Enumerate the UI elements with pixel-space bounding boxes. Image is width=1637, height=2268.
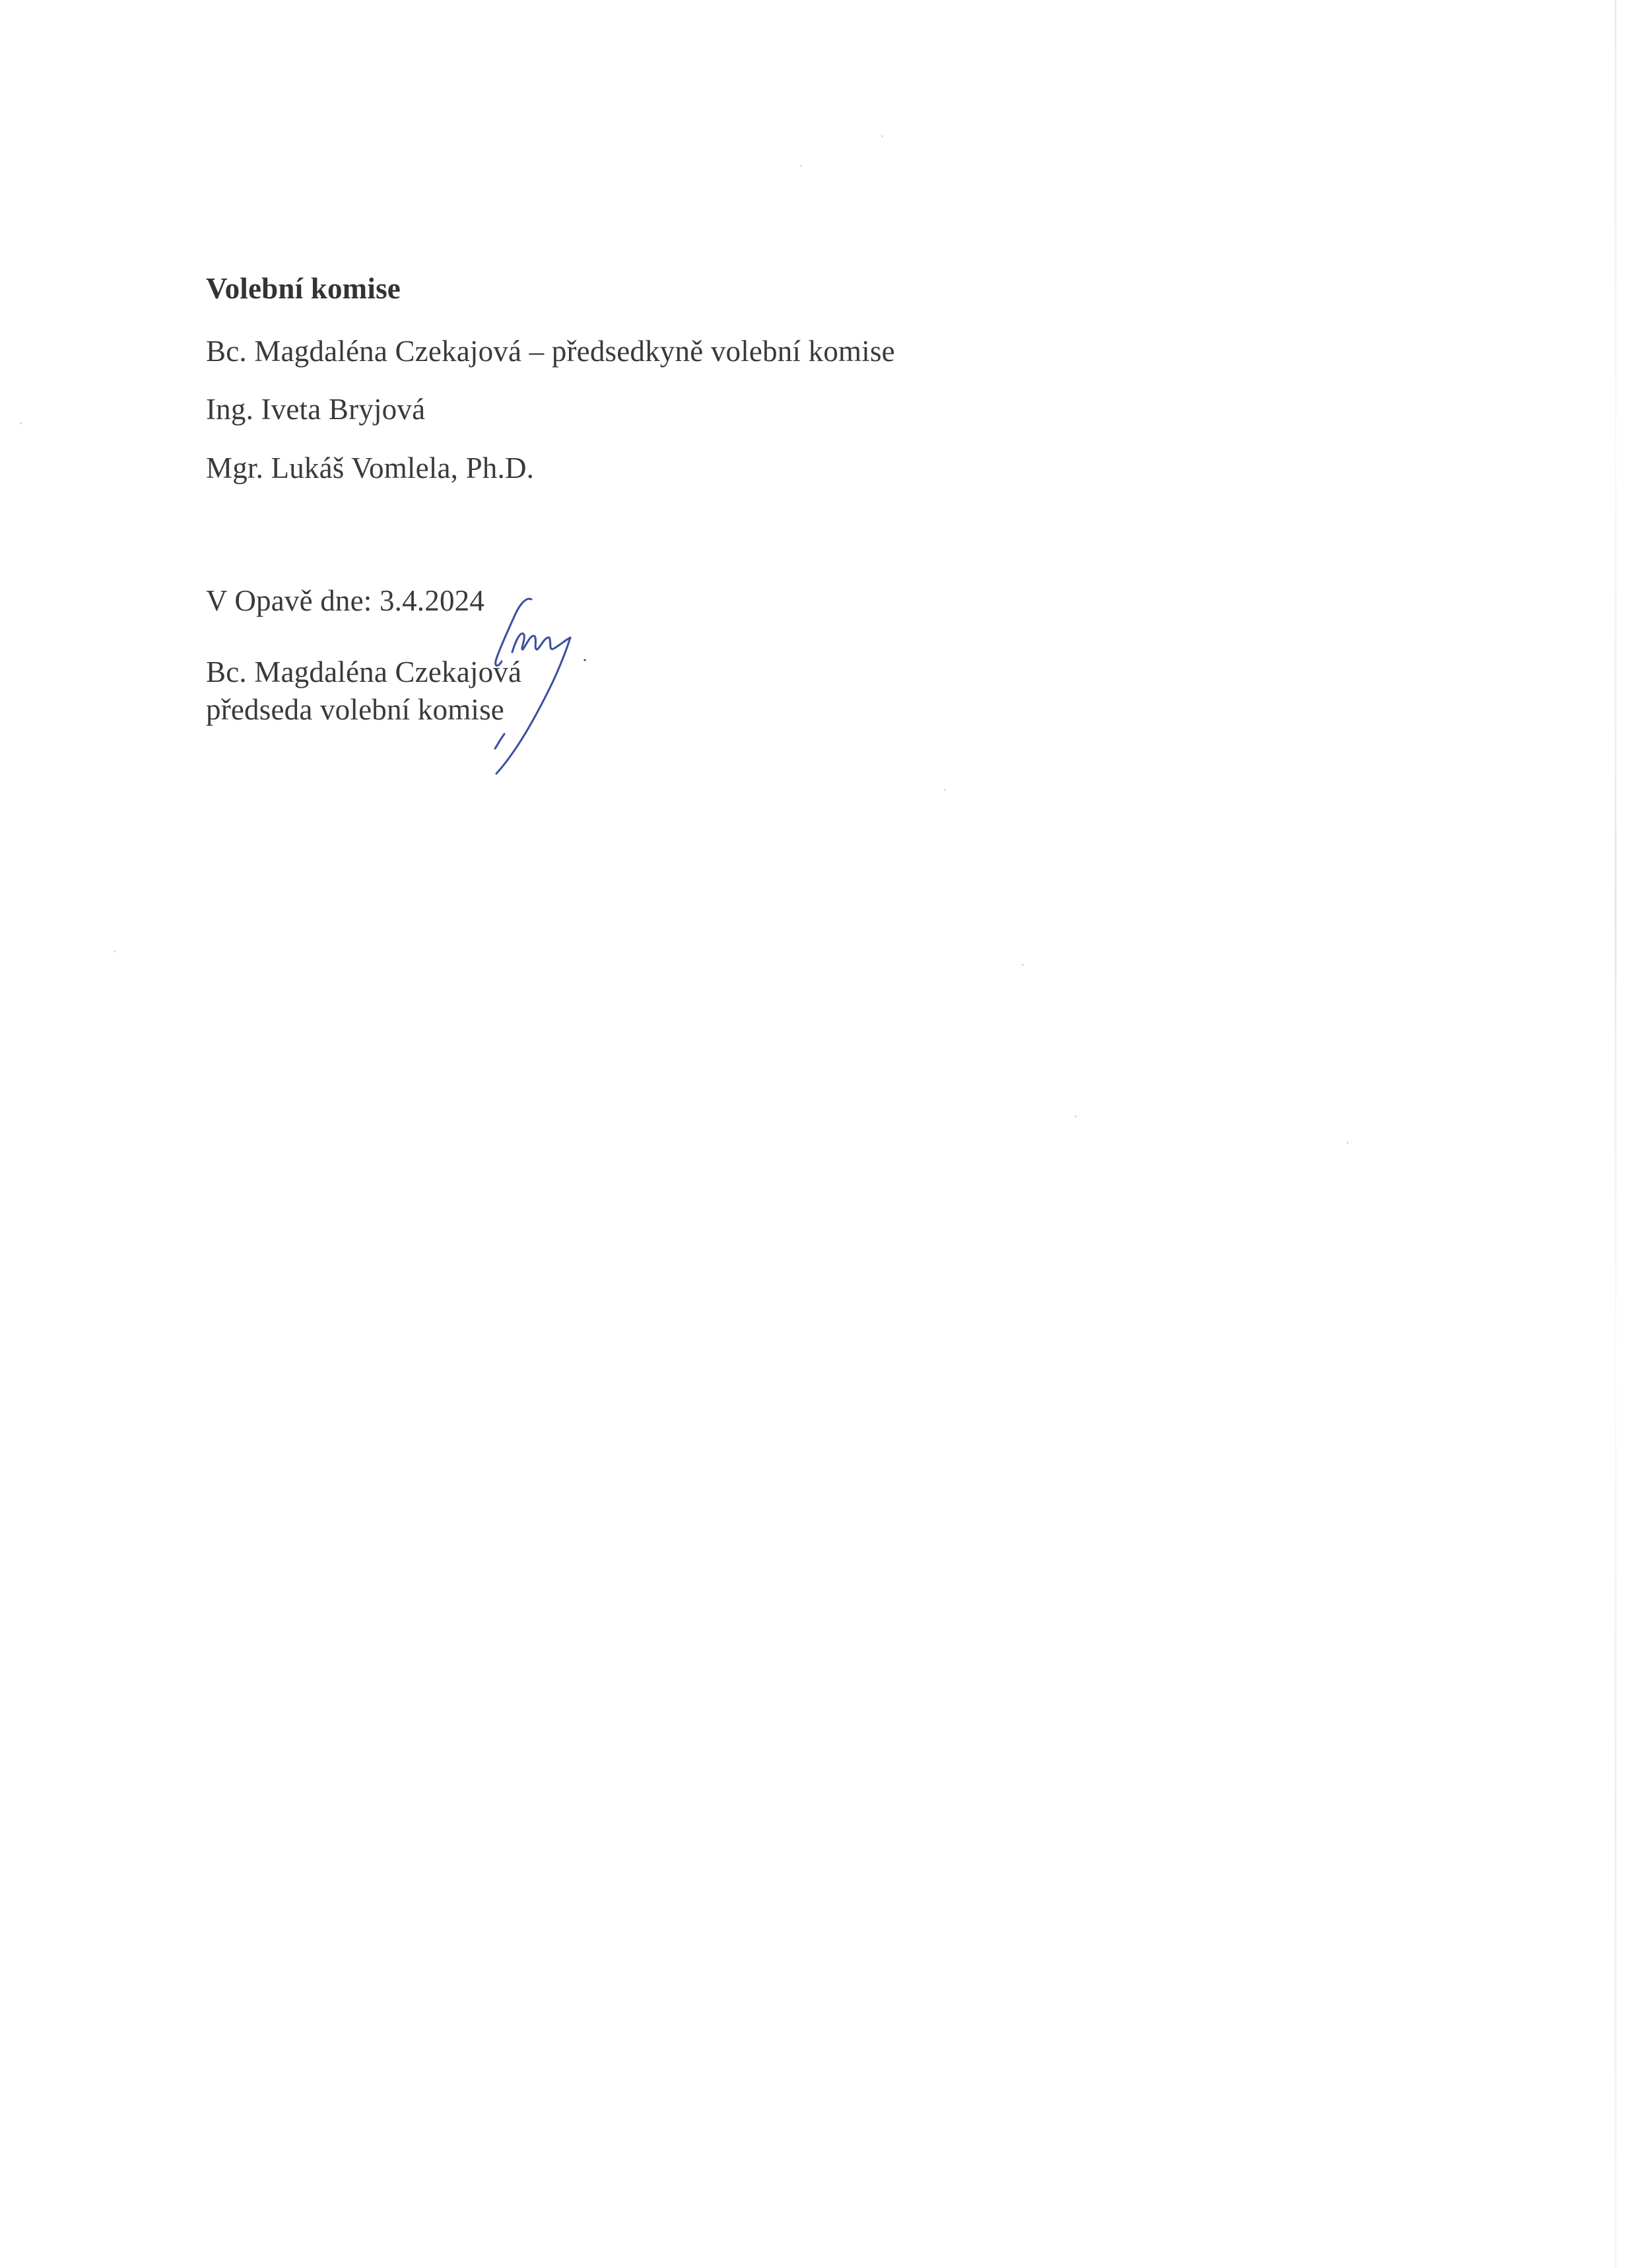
scan-speck	[1075, 1116, 1077, 1117]
committee-member: Mgr. Lukáš Vomlela, Ph.D.	[206, 453, 534, 483]
scan-speck	[1347, 1142, 1349, 1144]
scan-speck	[114, 951, 116, 952]
committee-heading: Volební komise	[206, 274, 401, 304]
committee-member: Ing. Iveta Bryjová	[206, 395, 425, 424]
handwritten-signature	[449, 581, 620, 792]
committee-member-chair: Bc. Magdaléna Czekajová – předsedkyně vo…	[206, 337, 895, 366]
scan-speck	[1022, 964, 1024, 966]
scan-edge-artifact	[1615, 0, 1617, 2268]
scan-speck	[800, 165, 802, 167]
scan-speck	[20, 422, 22, 424]
document-page: Volební komise Bc. Magdaléna Czekajová –…	[0, 0, 1637, 2268]
scan-speck	[944, 789, 946, 791]
place-and-date: V Opavě dne: 3.4.2024	[206, 586, 484, 616]
scan-speck	[881, 135, 883, 137]
